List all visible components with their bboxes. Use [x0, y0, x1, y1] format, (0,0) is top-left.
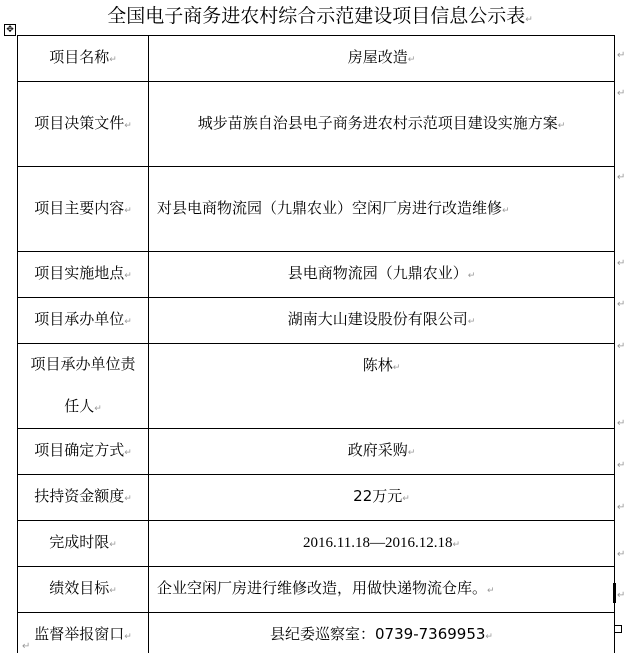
paragraph-mark-icon: ↵ [468, 317, 476, 327]
table-row: 项目确定方式↵ 政府采购↵ [18, 429, 615, 475]
paragraph-mark-icon: ↵ [124, 494, 132, 504]
row-label: 完成时限 [49, 533, 109, 551]
table-row: 项目承办单位责任人↵ 陈林↵ [18, 344, 615, 429]
label-cell[interactable]: 绩效目标↵ [18, 567, 149, 613]
row-label: 项目实施地点 [34, 264, 124, 282]
row-label: 项目名称 [49, 48, 109, 66]
row-value: 县纪委巡察室：0739-7369953 [270, 625, 485, 643]
table-row: 项目承办单位↵ 湖南大山建设股份有限公司↵ [18, 298, 615, 344]
row-end-mark-icon: ↵ [617, 341, 625, 352]
label-cell[interactable]: 扶持资金额度↵ [18, 475, 149, 521]
table-move-handle-icon[interactable]: ✥ [4, 24, 16, 36]
row-value: 县电商物流园（九鼎农业） [288, 264, 468, 282]
paragraph-mark-icon: ↵ [487, 586, 495, 596]
paragraph-mark-icon: ↵ [124, 632, 132, 642]
label-cell[interactable]: 监督举报窗口↵ [18, 613, 149, 653]
value-cell[interactable]: 湖南大山建设股份有限公司↵ [149, 298, 615, 344]
paragraph-mark-icon: ↵ [485, 632, 493, 642]
paragraph-mark-icon: ↵ [124, 121, 132, 131]
label-cell[interactable]: 项目承办单位责任人↵ [18, 344, 149, 429]
row-label: 项目承办单位责任人 [30, 355, 135, 415]
paragraph-mark-icon: ↵ [558, 121, 566, 131]
paragraph-mark-icon: ↵ [402, 494, 410, 504]
row-value: 房屋改造 [348, 48, 408, 66]
table-row: 监督举报窗口↵ 县纪委巡察室：0739-7369953↵ [18, 613, 615, 653]
table-row: 项目名称↵ 房屋改造↵ [18, 36, 615, 82]
value-cell[interactable]: 企业空闲厂房进行维修改造，用做快递物流仓库。↵ [149, 567, 615, 613]
value-cell[interactable]: 陈林↵ [149, 344, 615, 429]
paragraph-mark-icon: ↵ [393, 363, 401, 373]
paragraph-mark-icon: ↵ [124, 317, 132, 327]
paragraph-mark-icon: ↵ [124, 448, 132, 458]
label-cell[interactable]: 项目确定方式↵ [18, 429, 149, 475]
value-cell[interactable]: 县纪委巡察室：0739-7369953↵ [149, 613, 615, 653]
paragraph-mark-icon: ↵ [109, 540, 117, 550]
value-cell[interactable]: 城步苗族自治县电子商务进农村示范项目建设实施方案↵ [149, 82, 615, 167]
text-cursor [613, 583, 616, 603]
paragraph-mark-icon: ↵ [408, 55, 416, 65]
row-end-mark-icon: ↵ [617, 50, 625, 61]
row-end-mark-icon: ↵ [617, 460, 625, 471]
row-label: 项目主要内容 [34, 199, 124, 217]
paragraph-mark-icon: ↵ [94, 404, 102, 414]
value-cell[interactable]: 对县电商物流园（九鼎农业）空闲厂房进行改造维修↵ [149, 167, 615, 252]
table-row: 项目主要内容↵ 对县电商物流园（九鼎农业）空闲厂房进行改造维修↵ [18, 167, 615, 252]
paragraph-mark-icon: ↵ [502, 206, 510, 216]
row-value: 政府采购 [348, 441, 408, 459]
row-label: 绩效目标 [49, 579, 109, 597]
row-label: 监督举报窗口 [34, 625, 124, 643]
paragraph-mark-icon: ↵ [525, 15, 533, 25]
row-value: 对县电商物流园（九鼎农业）空闲厂房进行改造维修 [157, 199, 502, 217]
row-value: 22万元 [353, 487, 402, 505]
value-cell[interactable]: 22万元↵ [149, 475, 615, 521]
paragraph-mark-icon: ↵ [109, 586, 117, 596]
row-label: 项目承办单位 [34, 310, 124, 328]
value-cell[interactable]: 政府采购↵ [149, 429, 615, 475]
document-title: 全国电子商务进农村综合示范建设项目信息公示表↵ [0, 4, 640, 32]
paragraph-mark-icon: ↵ [22, 641, 30, 652]
paragraph-mark-icon: ↵ [109, 55, 117, 65]
row-value: 企业空闲厂房进行维修改造，用做快递物流仓库。 [157, 579, 487, 597]
table-row: 绩效目标↵ 企业空闲厂房进行维修改造，用做快递物流仓库。↵ [18, 567, 615, 613]
table-resize-handle[interactable] [614, 625, 622, 633]
row-end-mark-icon: ↵ [617, 258, 625, 269]
document-title-text: 全国电子商务进农村综合示范建设项目信息公示表 [107, 5, 525, 27]
label-cell[interactable]: 完成时限↵ [18, 521, 149, 567]
paragraph-mark-icon: ↵ [124, 271, 132, 281]
row-value: 城步苗族自治县电子商务进农村示范项目建设实施方案 [198, 114, 558, 132]
paragraph-mark-icon: ↵ [452, 540, 460, 550]
project-info-table: 项目名称↵ 房屋改造↵ 项目决策文件↵ 城步苗族自治县电子商务进农村示范项目建设… [17, 35, 615, 653]
row-label: 项目确定方式 [34, 441, 124, 459]
paragraph-mark-icon: ↵ [124, 206, 132, 216]
row-end-mark-icon: ↵ [617, 418, 625, 429]
table-row: 项目决策文件↵ 城步苗族自治县电子商务进农村示范项目建设实施方案↵ [18, 82, 615, 167]
table-row: 完成时限↵ 2016.11.18—2016.12.18↵ [18, 521, 615, 567]
row-end-mark-icon: ↵ [617, 172, 625, 183]
table-row: 扶持资金额度↵ 22万元↵ [18, 475, 615, 521]
label-cell[interactable]: 项目承办单位↵ [18, 298, 149, 344]
label-cell[interactable]: 项目主要内容↵ [18, 167, 149, 252]
value-cell[interactable]: 县电商物流园（九鼎农业）↵ [149, 252, 615, 298]
label-cell[interactable]: 项目实施地点↵ [18, 252, 149, 298]
row-end-mark-icon: ↵ [617, 502, 625, 513]
row-end-mark-icon: ↵ [617, 299, 625, 310]
row-end-mark-icon: ↵ [617, 88, 625, 99]
row-label: 扶持资金额度 [34, 487, 124, 505]
row-value: 2016.11.18—2016.12.18 [303, 535, 452, 551]
label-cell[interactable]: 项目名称↵ [18, 36, 149, 82]
paragraph-mark-icon: ↵ [408, 448, 416, 458]
row-end-mark-icon: ↵ [617, 590, 625, 601]
row-label: 项目决策文件 [34, 114, 124, 132]
row-end-mark-icon: ↵ [617, 549, 625, 560]
value-cell[interactable]: 2016.11.18—2016.12.18↵ [149, 521, 615, 567]
table-row: 项目实施地点↵ 县电商物流园（九鼎农业）↵ [18, 252, 615, 298]
paragraph-mark-icon: ↵ [468, 271, 476, 281]
label-cell[interactable]: 项目决策文件↵ [18, 82, 149, 167]
row-value: 陈林 [363, 356, 393, 374]
row-value: 湖南大山建设股份有限公司 [288, 310, 468, 328]
value-cell[interactable]: 房屋改造↵ [149, 36, 615, 82]
